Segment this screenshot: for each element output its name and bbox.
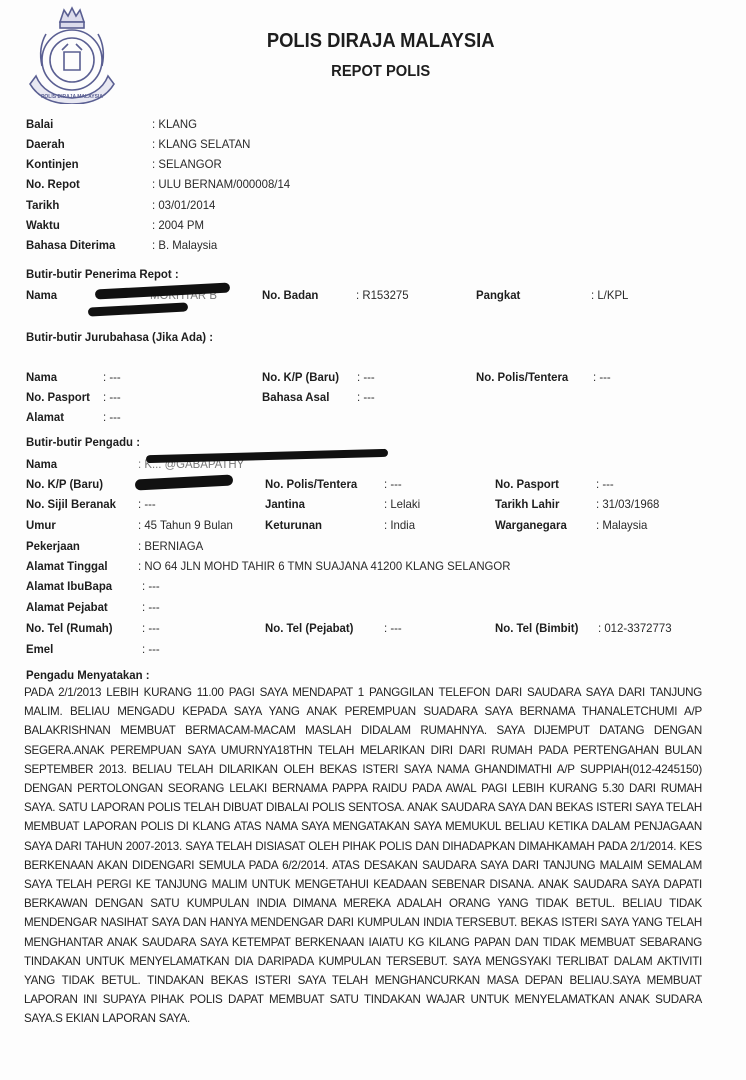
pengadu-keturunan-value: : India — [384, 518, 415, 532]
pengadu-ibubapa-value: : --- — [142, 579, 160, 593]
jurubahasa-nama-label: Nama — [26, 370, 57, 384]
no-repot-value: : ULU BERNAM/000008/14 — [152, 177, 290, 191]
pangkat-value: : L/KPL — [591, 288, 628, 302]
jurubahasa-polis-label: No. Polis/Tentera — [476, 370, 568, 384]
bahasa-diterima-label: Bahasa Diterima — [26, 238, 115, 252]
pengadu-kp-label: No. K/P (Baru) — [26, 477, 103, 491]
logo-ribbon-text: POLIS DIRAJA MALAYSIA — [41, 94, 103, 100]
pengadu-umur-value: : 45 Tahun 9 Bulan — [138, 518, 233, 532]
jurubahasa-alamat-value: : --- — [103, 410, 121, 424]
police-crest-logo: POLIS DIRAJA MALAYSIA — [24, 4, 120, 104]
pangkat-label: Pangkat — [476, 288, 520, 302]
jurubahasa-heading: Butir-butir Jurubahasa (Jika Ada) : — [26, 330, 213, 344]
pengadu-ibubapa-label: Alamat IbuBapa — [26, 579, 112, 593]
penerima-nama-label: Nama — [26, 288, 57, 302]
pengadu-pasport-label: No. Pasport — [495, 477, 559, 491]
no-badan-value: : R153275 — [356, 288, 409, 302]
pengadu-heading: Butir-butir Pengadu : — [26, 435, 140, 449]
bahasa-diterima-value: : B. Malaysia — [152, 238, 217, 252]
jurubahasa-pasport-label: No. Pasport — [26, 390, 90, 404]
daerah-value: : KLANG SELATAN — [152, 137, 250, 151]
jurubahasa-pasport-value: : --- — [103, 390, 121, 404]
jurubahasa-bahasa-label: Bahasa Asal — [262, 390, 329, 404]
kontinjen-value: : SELANGOR — [152, 157, 222, 171]
pengadu-keturunan-label: Keturunan — [265, 518, 322, 532]
pengadu-sijil-label: No. Sijil Beranak — [26, 497, 116, 511]
waktu-value: : 2004 PM — [152, 218, 204, 232]
balai-label: Balai — [26, 117, 53, 131]
pengadu-tel-pejabat-label: No. Tel (Pejabat) — [265, 621, 353, 635]
no-badan-label: No. Badan — [262, 288, 318, 302]
jurubahasa-alamat-label: Alamat — [26, 410, 64, 424]
redaction-mark — [146, 449, 388, 463]
pengadu-lahir-value: : 31/03/1968 — [596, 497, 659, 511]
pengadu-tel-bimbit-value: : 012-3372773 — [598, 621, 672, 635]
pengadu-pejabat-value: : --- — [142, 600, 160, 614]
pengadu-lahir-label: Tarikh Lahir — [495, 497, 559, 511]
jurubahasa-kp-label: No. K/P (Baru) — [262, 370, 339, 384]
daerah-label: Daerah — [26, 137, 65, 151]
pengadu-jantina-value: : Lelaki — [384, 497, 420, 511]
pengadu-tinggal-label: Alamat Tinggal — [26, 559, 108, 573]
pengadu-tel-pejabat-value: : --- — [384, 621, 402, 635]
redaction-mark — [88, 302, 188, 316]
pengadu-polis-label: No. Polis/Tentera — [265, 477, 357, 491]
pengadu-pasport-value: : --- — [596, 477, 614, 491]
page-title: POLIS DIRAJA MALAYSIA — [30, 30, 724, 53]
jurubahasa-polis-value: : --- — [593, 370, 611, 384]
pengadu-umur-label: Umur — [26, 518, 56, 532]
penerima-heading: Butir-butir Penerima Repot : — [26, 267, 179, 281]
jurubahasa-nama-value: : --- — [103, 370, 121, 384]
pengadu-tel-rumah-label: No. Tel (Rumah) — [26, 621, 113, 635]
pengadu-polis-value: : --- — [384, 477, 402, 491]
jurubahasa-kp-value: : --- — [357, 370, 375, 384]
waktu-label: Waktu — [26, 218, 60, 232]
pengadu-warga-value: : Malaysia — [596, 518, 647, 532]
statement-heading: Pengadu Menyatakan : — [26, 668, 150, 682]
pengadu-emel-value: : --- — [142, 642, 160, 656]
jurubahasa-bahasa-value: : --- — [357, 390, 375, 404]
statement-text: PADA 2/1/2013 LEBIH KURANG 11.00 PAGI SA… — [24, 683, 702, 1029]
pengadu-emel-label: Emel — [26, 642, 53, 656]
pengadu-warga-label: Warganegara — [495, 518, 567, 532]
no-repot-label: No. Repot — [26, 177, 80, 191]
page-subtitle: REPOT POLIS — [30, 63, 724, 81]
pengadu-jantina-label: Jantina — [265, 497, 305, 511]
pengadu-pekerjaan-label: Pekerjaan — [26, 539, 80, 553]
pengadu-pejabat-label: Alamat Pejabat — [26, 600, 108, 614]
tarikh-label: Tarikh — [26, 198, 59, 212]
pengadu-tel-bimbit-label: No. Tel (Bimbit) — [495, 621, 578, 635]
pengadu-nama-label: Nama — [26, 457, 57, 471]
pengadu-sijil-value: : --- — [138, 497, 156, 511]
pengadu-pekerjaan-value: : BERNIAGA — [138, 539, 203, 553]
kontinjen-label: Kontinjen — [26, 157, 79, 171]
pengadu-tel-rumah-value: : --- — [142, 621, 160, 635]
balai-value: : KLANG — [152, 117, 197, 131]
tarikh-value: : 03/01/2014 — [152, 198, 215, 212]
pengadu-tinggal-value: : NO 64 JLN MOHD TAHIR 6 TMN SUAJANA 412… — [138, 559, 511, 573]
